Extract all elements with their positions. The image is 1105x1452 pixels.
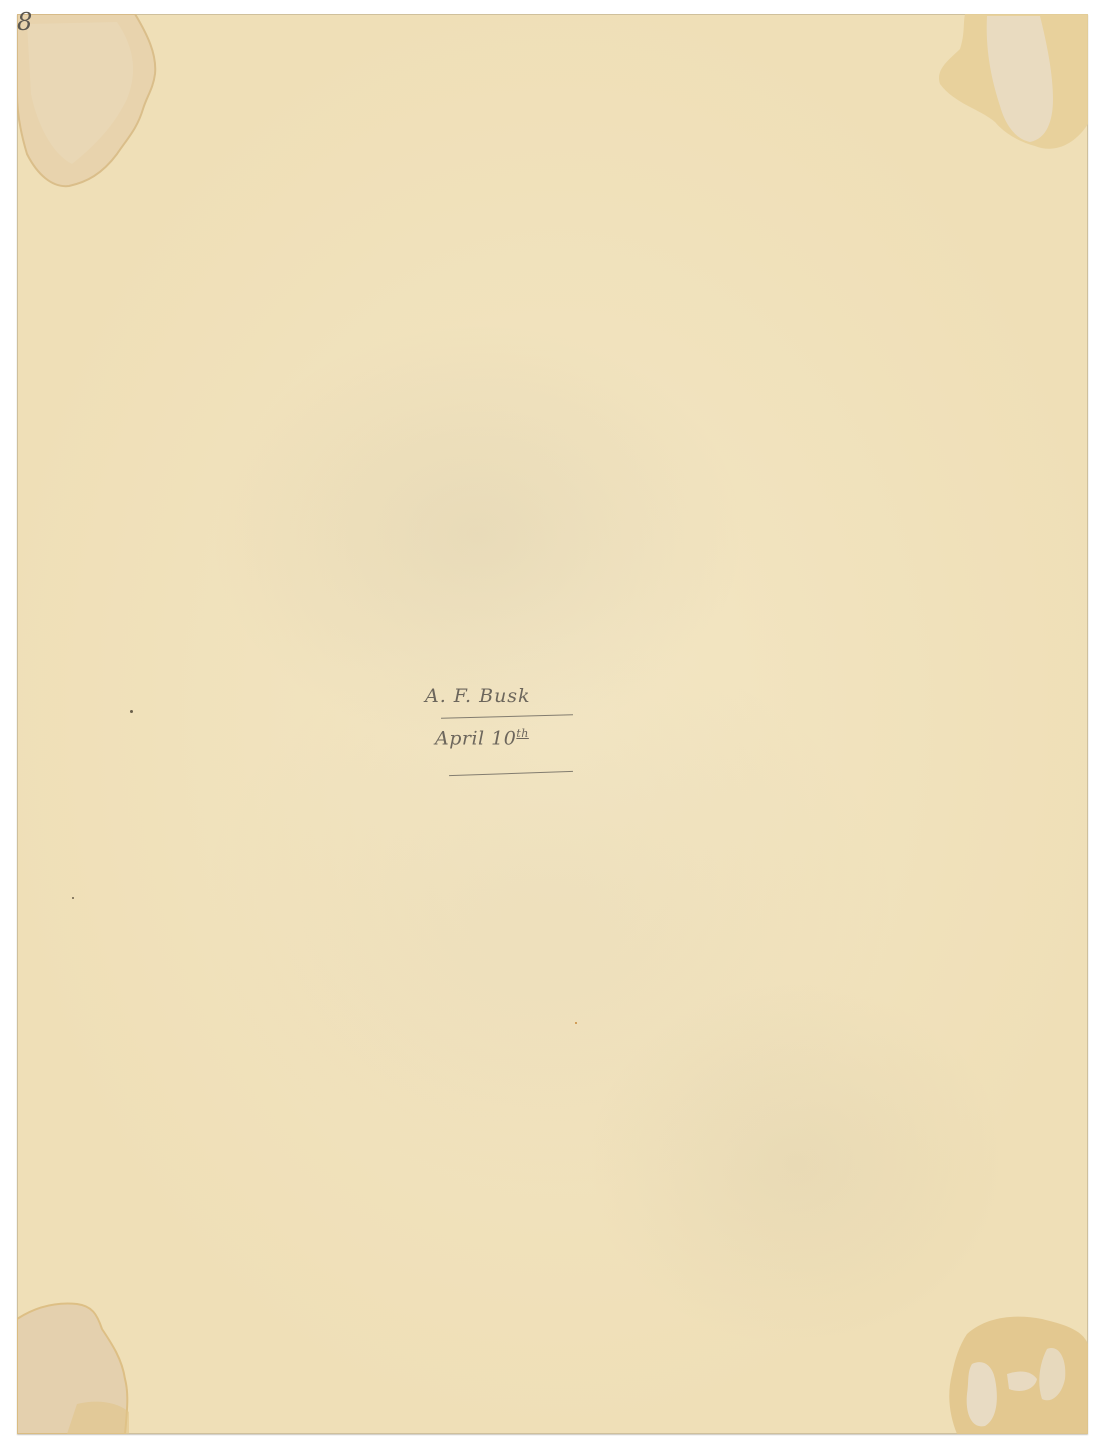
paper-speck bbox=[130, 710, 133, 713]
name-underline bbox=[441, 714, 573, 719]
stain-top-right bbox=[935, 14, 1088, 164]
stain-top-left bbox=[17, 14, 167, 194]
paper-speck bbox=[72, 897, 74, 899]
paper-speck bbox=[575, 1022, 577, 1024]
inscription-date-text: April 10 bbox=[435, 727, 516, 749]
stain-bottom-right bbox=[947, 1304, 1088, 1434]
sheet-number-mark: 8 bbox=[17, 8, 32, 36]
handwritten-inscription: A. F. Busk April 10th bbox=[405, 685, 585, 785]
scan-canvas: 8 A. F. Busk April 10th bbox=[0, 0, 1105, 1452]
inscription-date: April 10th bbox=[435, 727, 529, 749]
inscription-date-suffix: th bbox=[516, 727, 529, 740]
stain-bottom-left bbox=[17, 1294, 147, 1434]
inscription-name: A. F. Busk bbox=[425, 685, 531, 707]
date-underline bbox=[449, 771, 573, 777]
paper-sheet: 8 A. F. Busk April 10th bbox=[17, 14, 1088, 1434]
